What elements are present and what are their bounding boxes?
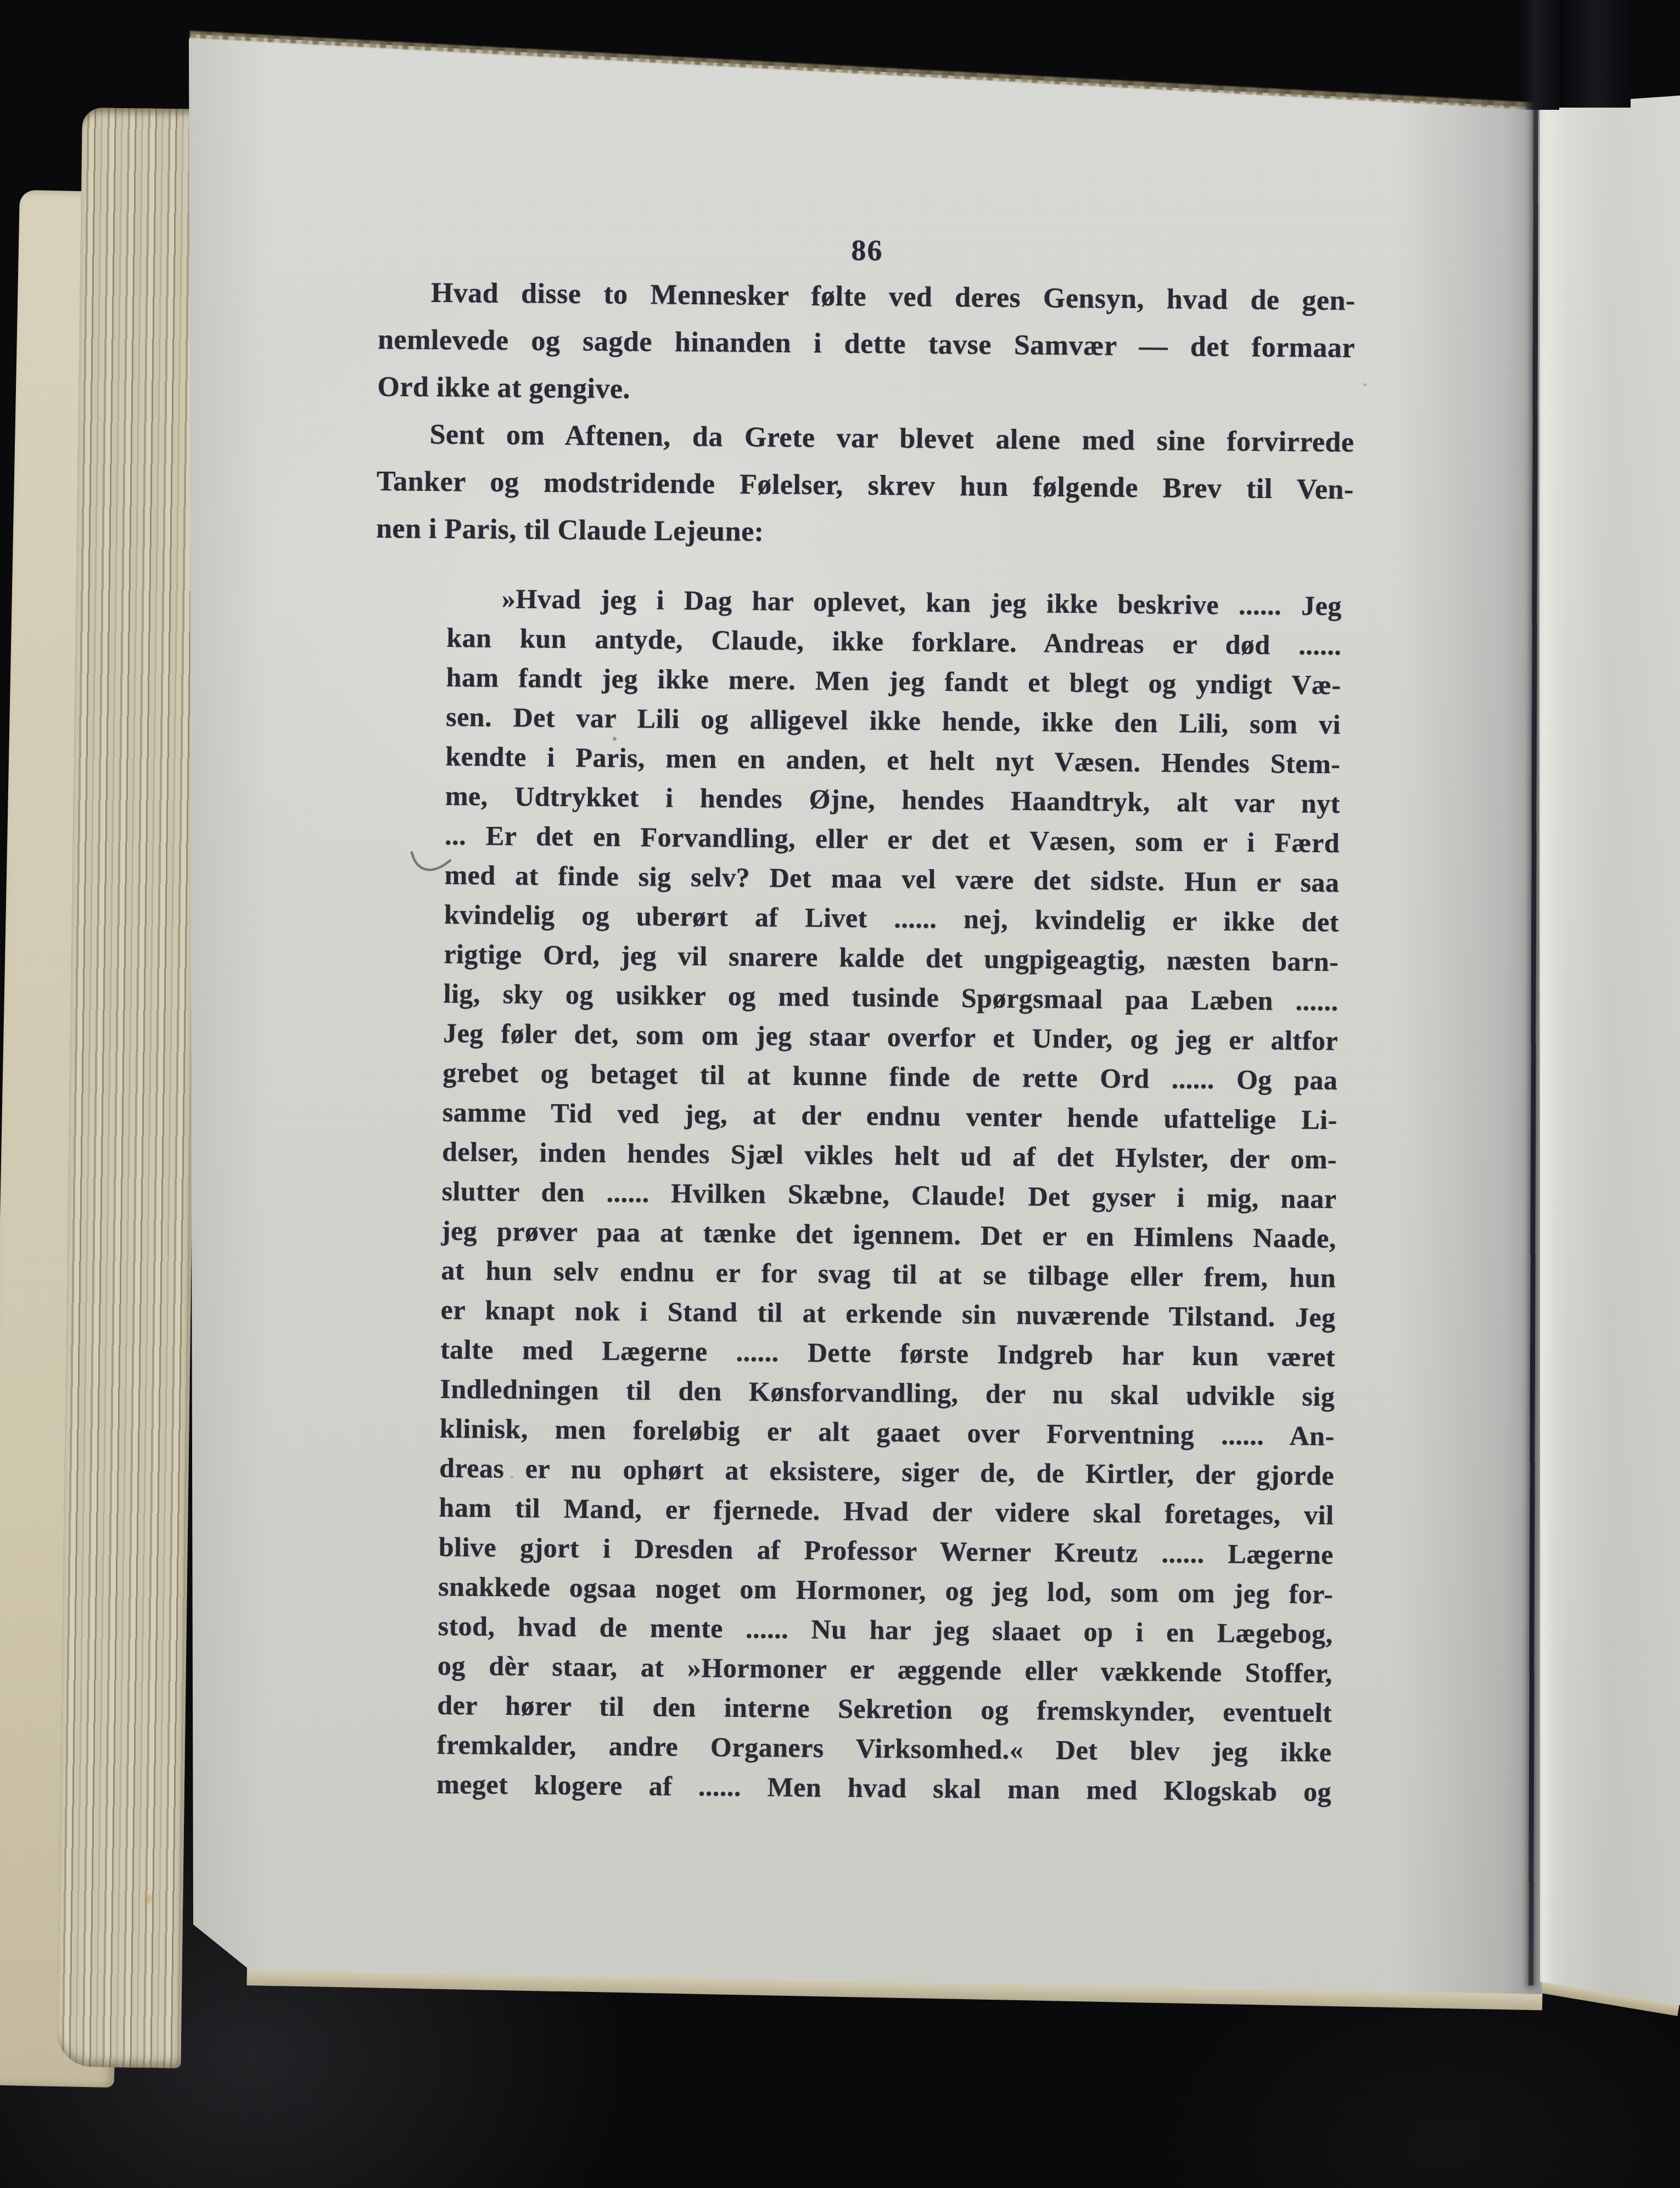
text-line: Hvad disse to Mennesker følte ved deres …	[378, 269, 1356, 325]
text-line: nemlevede og sagde hinanden i dette tavs…	[378, 316, 1356, 372]
paper-speck	[1364, 383, 1367, 386]
photo-backdrop: 86 Hvad disse to Mennesker følte ved der…	[0, 0, 1680, 2188]
text-line: Tanker og modstridende Følelser, skrev h…	[376, 458, 1354, 514]
paragraph-2: Sent om Aftenen, da Grete var blevet ale…	[376, 411, 1354, 561]
page-number: 86	[378, 219, 1356, 270]
backdrop-shadow-streak	[1559, 0, 1631, 108]
letter-block: »Hvad jeg i Dag har oplevet, kan jeg ikk…	[436, 578, 1342, 1811]
text-line: nen i Paris, til Claude Lejeune:	[376, 505, 1354, 561]
text-line: Ord ikke at gengive.	[377, 363, 1355, 419]
page-text: 86 Hvad disse to Mennesker følte ved der…	[365, 219, 1356, 1811]
paragraph-1: Hvad disse to Mennesker følte ved deres …	[377, 269, 1356, 419]
pencil-curve-mark	[408, 845, 455, 881]
backdrop-shadow-streak	[1520, 0, 1559, 110]
stain-spot	[144, 1892, 153, 1906]
gutter-highlight	[1540, 107, 1555, 1982]
text-line: Sent om Aftenen, da Grete var blevet ale…	[377, 411, 1354, 467]
page-stack-edges	[57, 108, 206, 2068]
paper-speck	[511, 1476, 513, 1479]
text-line: meget klogere af ...... Men hvad skal ma…	[436, 1764, 1332, 1811]
paper-speck	[613, 737, 617, 741]
